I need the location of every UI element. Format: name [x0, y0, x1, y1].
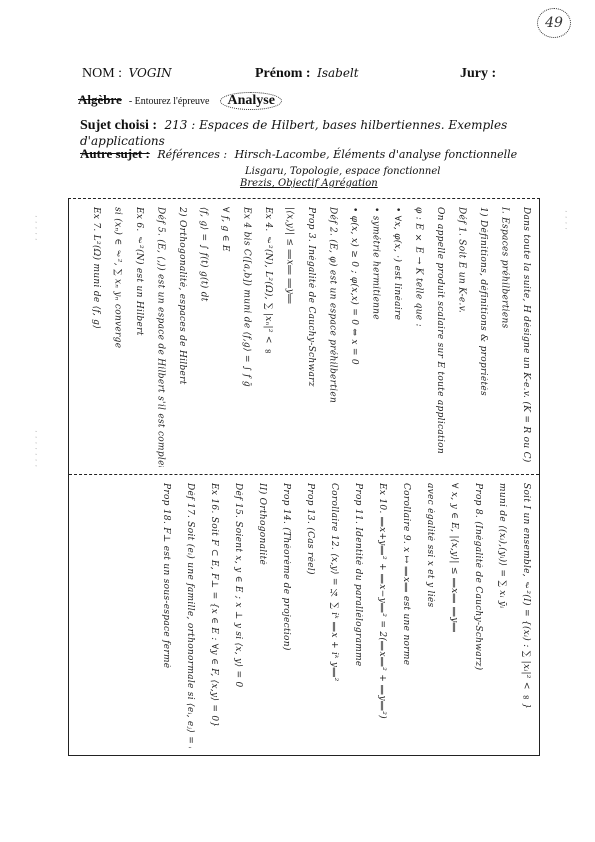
notes-frame: Dans toute la suite, H désigne un K-e.v.…	[68, 198, 540, 756]
prenom-value: Isabelt	[317, 66, 359, 80]
bottom_section-line: ∀ x, y ∈ E, |⟨x,y⟩| ≤ ‖x‖ ‖y‖	[449, 483, 459, 748]
prenom-field: Prénom : Isabelt	[255, 66, 359, 82]
bottom_section-line: Ex 16. Soit F ⊂ E, F⊥ = {x ∈ E : ∀y ∈ F,…	[209, 483, 219, 748]
bottom_section-line: Soit I un ensemble, ℓ²(I) = {(xᵢ) : ∑ |x…	[521, 483, 531, 748]
analyse-option-circled: Analyse	[220, 92, 281, 110]
top_section-line: Ex 4 bis C([a,b]) muni de ⟨f,g⟩ = ∫ f ḡ	[242, 207, 252, 467]
reference-3: Brezis, Objectif Agrégation	[240, 178, 378, 189]
nom-value: VOGIN	[129, 66, 172, 80]
top_section-line: Déf 2. (E, φ) est un espace préhilbertie…	[328, 207, 338, 467]
nom-label: NOM :	[82, 66, 122, 81]
references-label: Références :	[157, 148, 227, 161]
algebre-option: Algèbre	[78, 92, 122, 107]
top_section-line: φ : E × E → K telle que :	[414, 207, 424, 467]
top_section-line: I. Espaces préhilbertiens	[500, 207, 510, 467]
top_section-line: Déf 1. Soit E un K-e.v.	[457, 207, 467, 467]
bottom_section-line: Prop 8. (Inégalité de Cauchy-Schwarz)	[473, 483, 483, 748]
margin-scribble: · · · ·	[560, 210, 570, 230]
prenom-label: Prénom :	[255, 66, 311, 81]
jury-label: Jury :	[460, 66, 496, 81]
top_section-line: Prop 3. Inégalité de Cauchy-Schwarz	[306, 207, 316, 467]
margin-scribble: · · · · · · ·	[30, 430, 40, 467]
bottom_section-line: Prop 11. Identité du parallélogramme	[353, 483, 363, 748]
autre-sujet-row: Autre sujet : Références : Hirsch-Lacomb…	[80, 146, 517, 163]
jury-field: Jury :	[460, 66, 496, 82]
nom-field: NOM : VOGIN	[82, 66, 172, 82]
bottom_section-line: Prop 13. (Cas réel)	[305, 483, 315, 748]
section-divider	[69, 474, 539, 475]
bottom_section-line: Prop 14. (Théorème de projection)	[281, 483, 291, 748]
bottom_section-line: Prop 18. F⊥ est un sous-espace fermé	[161, 483, 171, 748]
top_section-line: • symétrie hermitienne	[371, 207, 381, 467]
reference-1: Hirsch-Lacombe, Éléments d'analyse fonct…	[235, 148, 518, 161]
autre-sujet-label: Autre sujet :	[80, 146, 150, 161]
margin-scribble: · · · · ·	[30, 215, 40, 241]
top_section-line: Ex 7. L²(Ω) muni de ⟨f, g⟩	[91, 207, 101, 467]
bottom_section-line: muni de ⟨(xᵢ),(yᵢ)⟩ = ∑ xᵢ ȳᵢ	[497, 483, 507, 748]
top_section-line: On appelle produit scalaire sur E toute …	[435, 207, 445, 467]
bottom_section-line: Déf 15. Soient x, y ∈ E ; x ⊥ y si ⟨x, y…	[233, 483, 243, 748]
bottom_section-line: Corollaire 12. ⟨x,y⟩ = ¼ ∑ iᵏ ‖x + iᵏ y‖…	[329, 483, 339, 748]
epreuve-row: Algèbre - Entourez l'épreuve Analyse	[78, 92, 282, 110]
top_section-line: ⟨f, g⟩ = ∫ f(t) g(t) dt	[199, 207, 209, 467]
entourer-instruction: - Entourez l'épreuve	[129, 96, 210, 107]
top_section-line: 1) Définitions, définitions & propriétés	[478, 207, 488, 467]
bottom_section-line: Déf 17. Soit (eᵢ) une famille, orthonorm…	[185, 483, 195, 748]
top_section-line: Déf 5. (E, ⟨,⟩) est un espace de Hilbert…	[156, 207, 166, 467]
sujet-label: Sujet choisi :	[80, 118, 157, 133]
bottom_section-line: avec égalité ssi x et y liés	[425, 483, 435, 748]
top_section-line: si (xₙ) ∈ ℓ², ∑ xₙ yₙ converge	[113, 207, 123, 467]
bottom_section-line: Ex 10. ‖x+y‖² + ‖x−y‖² = 2(‖x‖² + ‖y‖²)	[377, 483, 387, 748]
top_section-line: Ex 6. ℓ²(N) est un Hilbert	[134, 207, 144, 467]
top_section-line: ∀ f, g ∈ E	[220, 207, 230, 467]
top_section-line: |⟨x,y⟩| ≤ ‖x‖ ‖y‖	[285, 207, 295, 467]
top_section-line: Dans toute la suite, H désigne un K-e.v.…	[521, 207, 531, 467]
top_section-line: • ∀x, φ(x, ·) est linéaire	[392, 207, 402, 467]
top_section-line: 2) Orthogonalité, espaces de Hilbert	[177, 207, 187, 467]
page-number-circle: 49	[537, 8, 571, 38]
bottom_section-line: II) Orthogonalité	[257, 483, 267, 748]
top_section-line: • φ(x, x) ≥ 0 ; φ(x,x) = 0 ⇔ x = 0	[349, 207, 359, 467]
reference-2: Lisgaru, Topologie, espace fonctionnel	[245, 166, 440, 177]
bottom_section-line: Corollaire 9. x ↦ ‖x‖ est une norme	[401, 483, 411, 748]
top_section-line: Ex 4. ℓ²(N), L²(Ω), ∑ |xₙ|² < ∞	[263, 207, 273, 467]
